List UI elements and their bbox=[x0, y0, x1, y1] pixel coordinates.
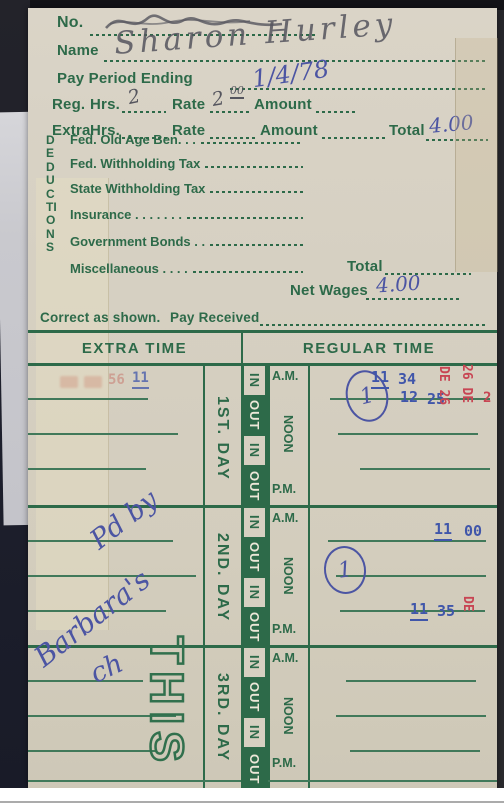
in-block: IN bbox=[241, 715, 268, 750]
deduction-item-government-bonds: Government Bonds . . bbox=[70, 234, 303, 249]
column-line-ampm-regular bbox=[308, 363, 310, 788]
column-line-inout-ampm bbox=[268, 363, 270, 788]
day1-label-cell: 1ST. DAY bbox=[204, 380, 240, 496]
extra-line bbox=[28, 433, 178, 435]
form-total-label: Total bbox=[389, 122, 425, 139]
in-block: IN bbox=[241, 575, 268, 610]
extra-time-header-cell: EXTRA TIME bbox=[28, 333, 241, 363]
noon-label: NOON bbox=[276, 684, 300, 748]
name-label: Name bbox=[57, 42, 99, 59]
out-block: OUT bbox=[241, 680, 268, 715]
day1-out-hour: 12 bbox=[400, 388, 418, 406]
faint-stamp-blue: 11 bbox=[132, 370, 149, 389]
net-wages-value: 4.00 bbox=[375, 270, 421, 297]
tape-right bbox=[455, 38, 498, 272]
day1-in-hour: 11 bbox=[371, 368, 389, 389]
deduction-item-label: Fed. Withholding Tax bbox=[70, 156, 200, 171]
day2-am-min: 00 bbox=[464, 522, 482, 540]
deduction-item-insurance: Insurance . . . . . . . bbox=[70, 207, 303, 222]
deduction-item-fed-old-age: Fed. Old Age Ben. . . bbox=[70, 132, 303, 147]
regular-line bbox=[338, 433, 478, 435]
in-block: IN bbox=[241, 645, 268, 680]
in-block: IN bbox=[241, 433, 268, 468]
day1-in-min: 34 bbox=[398, 370, 416, 388]
extra-line bbox=[28, 750, 156, 752]
pay-period-label: Pay Period Ending bbox=[57, 70, 193, 87]
extra-line bbox=[28, 398, 148, 400]
extra-line bbox=[28, 468, 146, 470]
extra-amount-line bbox=[322, 137, 386, 139]
reg-amount-label: Amount bbox=[254, 96, 312, 113]
deduction-item-line bbox=[210, 191, 303, 193]
regular-line bbox=[328, 540, 486, 542]
handwriting-ch: ch bbox=[85, 648, 128, 690]
pm-label: P.M. bbox=[272, 482, 296, 496]
deduction-item-state-withholding: State Withholding Tax bbox=[70, 181, 303, 196]
deduction-item-miscellaneous: Miscellaneous . . . . bbox=[70, 261, 303, 276]
pm-label: P.M. bbox=[272, 622, 296, 636]
circled-one-day2: 1 bbox=[321, 543, 369, 596]
date-stamp-day1-partial: 2 bbox=[483, 390, 491, 406]
no-label: No. bbox=[57, 14, 83, 32]
day2-pm-min: 35 bbox=[437, 602, 455, 620]
regular-line bbox=[360, 468, 490, 470]
out-block: OUT bbox=[241, 398, 268, 433]
date-stamp-day2: DE bbox=[460, 596, 475, 612]
day2-pm-hour: 11 bbox=[410, 600, 428, 621]
date-stamp-day1-a: DE 26 bbox=[436, 366, 451, 405]
reg-rate-label: Rate bbox=[172, 96, 205, 113]
deduction-item-line bbox=[193, 271, 303, 273]
reg-hrs-label: Hrs. bbox=[90, 96, 120, 113]
deduction-item-line bbox=[201, 142, 303, 144]
out-block: OUT bbox=[241, 610, 268, 645]
date-stamp-day1-b: 26 DE bbox=[459, 364, 474, 403]
regular-line bbox=[350, 750, 480, 752]
out-block: OUT bbox=[241, 468, 268, 505]
header-divider bbox=[241, 330, 243, 363]
pay-received-line bbox=[260, 324, 486, 326]
deduction-item-line bbox=[205, 166, 303, 168]
deduction-item-line bbox=[210, 244, 303, 246]
out-block: OUT bbox=[241, 750, 268, 788]
reg-hrs-line bbox=[122, 111, 166, 113]
noon-label: NOON bbox=[276, 402, 300, 466]
deduction-item-label: Fed. Old Age Ben. . . bbox=[70, 132, 196, 147]
deduction-item-label: Miscellaneous . . . . bbox=[70, 261, 188, 276]
in-block: IN bbox=[241, 505, 268, 540]
extra-line bbox=[28, 575, 196, 577]
deductions-vertical-label: DEDUCTIONS bbox=[46, 134, 60, 255]
reg-rate-line bbox=[210, 111, 252, 113]
extra-time-header: EXTRA TIME bbox=[82, 340, 187, 357]
regular-time-header: REGULAR TIME bbox=[303, 340, 435, 357]
reg-amount-line bbox=[316, 111, 358, 113]
faint-stamp-blob bbox=[84, 376, 102, 388]
reg-hrs-value: 2 bbox=[126, 85, 142, 109]
day2-label-cell: 2ND. DAY bbox=[204, 520, 240, 636]
extra-line bbox=[28, 680, 143, 682]
deduction-item-fed-withholding: Fed. Withholding Tax bbox=[70, 156, 303, 171]
day3-label: 3RD. DAY bbox=[213, 673, 231, 762]
faint-stamp-blob bbox=[60, 376, 78, 388]
day2-label: 2ND. DAY bbox=[213, 533, 231, 622]
pm-label: P.M. bbox=[272, 756, 296, 770]
deduction-item-label: Government Bonds . . bbox=[70, 234, 205, 249]
bottom-white-strip bbox=[0, 788, 504, 809]
day3-label-cell: 3RD. DAY bbox=[204, 660, 240, 776]
time-card: No. Name Sharon Hurley Pay Period Ending… bbox=[28, 8, 497, 788]
net-wages-label: Net Wages bbox=[290, 282, 368, 299]
regular-line bbox=[336, 715, 486, 717]
correct-as-shown-label: Correct as shown. bbox=[40, 310, 160, 325]
pay-received-label: Pay Received bbox=[170, 310, 259, 325]
regular-line bbox=[346, 680, 476, 682]
am-label: A.M. bbox=[272, 369, 298, 383]
day2-am-hour: 11 bbox=[434, 520, 452, 541]
reg-label: Reg. bbox=[52, 96, 85, 113]
out-block: OUT bbox=[241, 540, 268, 575]
regular-time-header-cell: REGULAR TIME bbox=[241, 333, 497, 363]
deduction-item-label: State Withholding Tax bbox=[70, 181, 205, 196]
am-label: A.M. bbox=[272, 651, 298, 665]
reg-rate-value: 2 bbox=[210, 87, 226, 111]
deduction-item-line bbox=[187, 217, 303, 219]
in-block: IN bbox=[241, 363, 268, 398]
day1-label: 1ST. DAY bbox=[213, 396, 231, 481]
deduction-item-label: Insurance . . . . . . . bbox=[70, 207, 182, 222]
faint-stamp-pink: 56 bbox=[108, 372, 125, 388]
am-label: A.M. bbox=[272, 511, 298, 525]
this-watermark: THIS bbox=[140, 636, 194, 790]
bottom-gray-line bbox=[0, 801, 504, 803]
net-wages-line bbox=[366, 298, 462, 300]
noon-label: NOON bbox=[276, 544, 300, 608]
reg-rate-cents: 00 bbox=[230, 84, 244, 99]
